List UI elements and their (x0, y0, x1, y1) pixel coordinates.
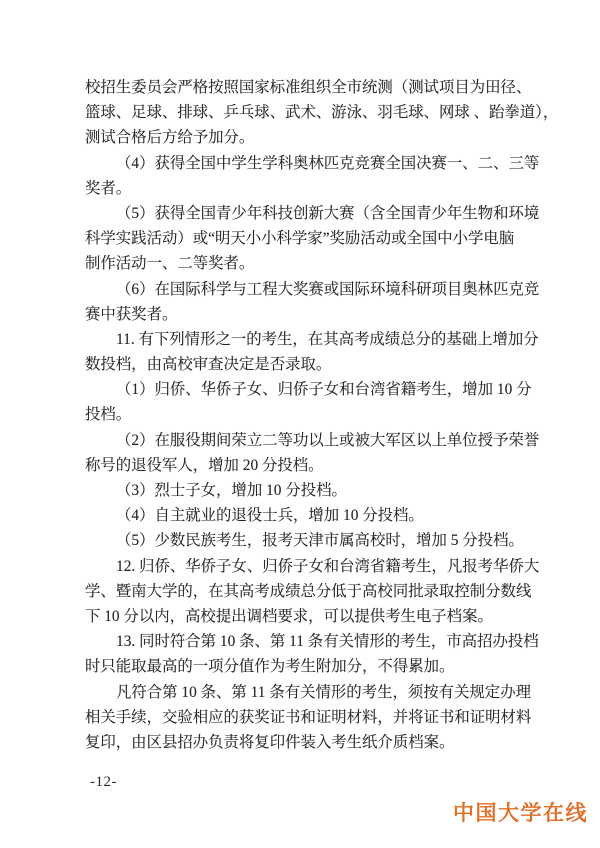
text-line: 称号的退役军人，增加 20 分投档。 (85, 453, 545, 478)
text-line: 校招生委员会严格按照国家标准组织全市统测（测试项目为田径、 (85, 75, 545, 100)
text-line: 11. 有下列情形之一的考生，在其高考成绩总分的基础上增加分 (85, 327, 545, 352)
text-line: 13. 同时符合第 10 条、第 11 条有关情形的考生，市高招办投档 (85, 629, 545, 654)
text-line: （3）烈士子女，增加 10 分投档。 (85, 478, 545, 503)
text-line: 下 10 分以内，高校提出调档要求，可以提供考生电子档案。 (85, 604, 545, 629)
text-line: （6）在国际科学与工程大奖赛或国际环境科研项目奥林匹克竞 (85, 277, 545, 302)
text-line: 复印，由区县招办负责将复印件装入考生纸介质档案。 (85, 730, 545, 755)
text-line: （4）获得全国中学生学科奥林匹克竞赛全国决赛一、二、三等 (85, 151, 545, 176)
text-line: （2）在服役期间荣立二等功以上或被大军区以上单位授予荣誉 (85, 428, 545, 453)
text-line: （5）获得全国青少年科技创新大赛（含全国青少年生物和环境 (85, 201, 545, 226)
text-line: 赛中获奖者。 (85, 302, 545, 327)
text-line: 制作活动一、二等奖者。 (85, 251, 545, 276)
text-line: （5）少数民族考生，报考天津市属高校时，增加 5 分投档。 (85, 528, 545, 553)
watermark-text: 中国大学在线 (453, 801, 588, 827)
text-line: 凡符合第 10 条、第 11 条有关情形的考生，须按有关规定办理 (85, 680, 545, 705)
text-line: （4）自主就业的退役士兵，增加 10 分投档。 (85, 503, 545, 528)
text-line: 篮球、足球、排球、乒乓球、武术、游泳、羽毛球、网球 、跆拳道）， (85, 100, 545, 125)
text-line: 投档。 (85, 402, 545, 427)
document-text-block: 校招生委员会严格按照国家标准组织全市统测（测试项目为田径、篮球、足球、排球、乒乓… (85, 75, 545, 755)
text-line: 奖者。 (85, 176, 545, 201)
text-line: 学、暨南大学的，在其高考成绩总分低于高校同批录取控制分数线 (85, 579, 545, 604)
text-line: 科学实践活动）或“明天小小科学家”奖励活动或全国中小学电脑 (85, 226, 545, 251)
page-number: -12- (90, 772, 117, 792)
document-page: 校招生委员会严格按照国家标准组织全市统测（测试项目为田径、篮球、足球、排球、乒乓… (0, 0, 600, 848)
text-line: 数投档，由高校审查决定是否录取。 (85, 352, 545, 377)
text-line: 测试合格后方给予加分。 (85, 125, 545, 150)
text-line: （1）归侨、华侨子女、归侨子女和台湾省籍考生，增加 10 分 (85, 377, 545, 402)
text-line: 12. 归侨、华侨子女、归侨子女和台湾省籍考生，凡报考华侨大 (85, 554, 545, 579)
text-line: 相关手续，交验相应的获奖证书和证明材料，并将证书和证明材料 (85, 705, 545, 730)
text-line: 时只能取最高的一项分值作为考生附加分，不得累加。 (85, 654, 545, 679)
